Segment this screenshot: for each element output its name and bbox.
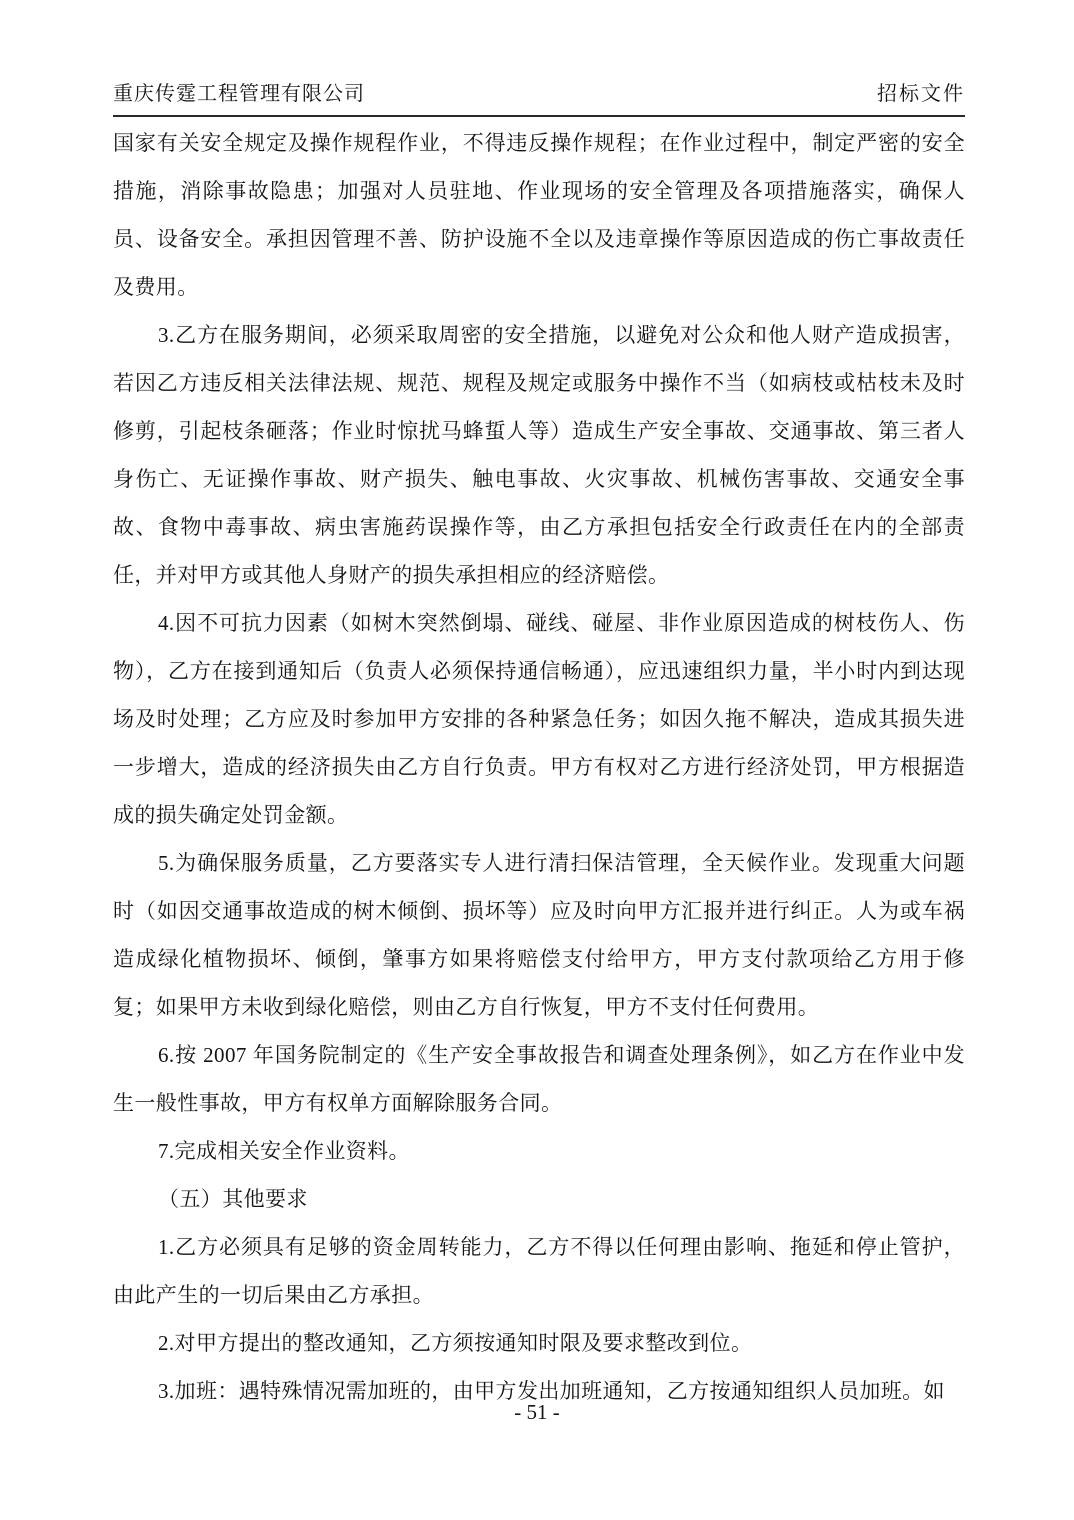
section-heading-other-requirements: （五）其他要求 bbox=[113, 1175, 965, 1223]
header-doc-type: 招标文件 bbox=[877, 82, 965, 106]
paragraph-continuation: 国家有关安全规定及操作规程作业，不得违反操作规程；在作业过程中，制定严密的安全措… bbox=[113, 119, 965, 311]
paragraph-safety-item-4: 4.因不可抗力因素（如树木突然倒塌、碰线、碰屋、非作业原因造成的树枝伤人、伤物）… bbox=[113, 599, 965, 839]
paragraph-other-item-1: 1.乙方必须具有足够的资金周转能力，乙方不得以任何理由影响、拖延和停止管护，由此… bbox=[113, 1223, 965, 1319]
document-page: 重庆传霆工程管理有限公司 招标文件 国家有关安全规定及操作规程作业，不得违反操作… bbox=[0, 0, 1074, 1520]
paragraph-safety-item-7: 7.完成相关安全作业资料。 bbox=[113, 1127, 965, 1175]
paragraph-safety-item-5: 5.为确保服务质量，乙方要落实专人进行清扫保洁管理，全天候作业。发现重大问题时（… bbox=[113, 839, 965, 1031]
paragraph-other-item-2: 2.对甲方提出的整改通知，乙方须按通知时限及要求整改到位。 bbox=[113, 1319, 965, 1367]
page-header: 重庆传霆工程管理有限公司 招标文件 bbox=[113, 0, 965, 117]
page-footer: - 51 - bbox=[0, 1398, 1074, 1426]
page-number: - 51 - bbox=[514, 1400, 560, 1424]
document-body: 国家有关安全规定及操作规程作业，不得违反操作规程；在作业过程中，制定严密的安全措… bbox=[113, 119, 965, 1415]
header-company-name: 重庆传霆工程管理有限公司 bbox=[113, 82, 365, 106]
paragraph-safety-item-3: 3.乙方在服务期间，必须采取周密的安全措施，以避免对公众和他人财产造成损害，若因… bbox=[113, 311, 965, 599]
paragraph-safety-item-6: 6.按 2007 年国务院制定的《生产安全事故报告和调查处理条例》，如乙方在作业… bbox=[113, 1031, 965, 1127]
